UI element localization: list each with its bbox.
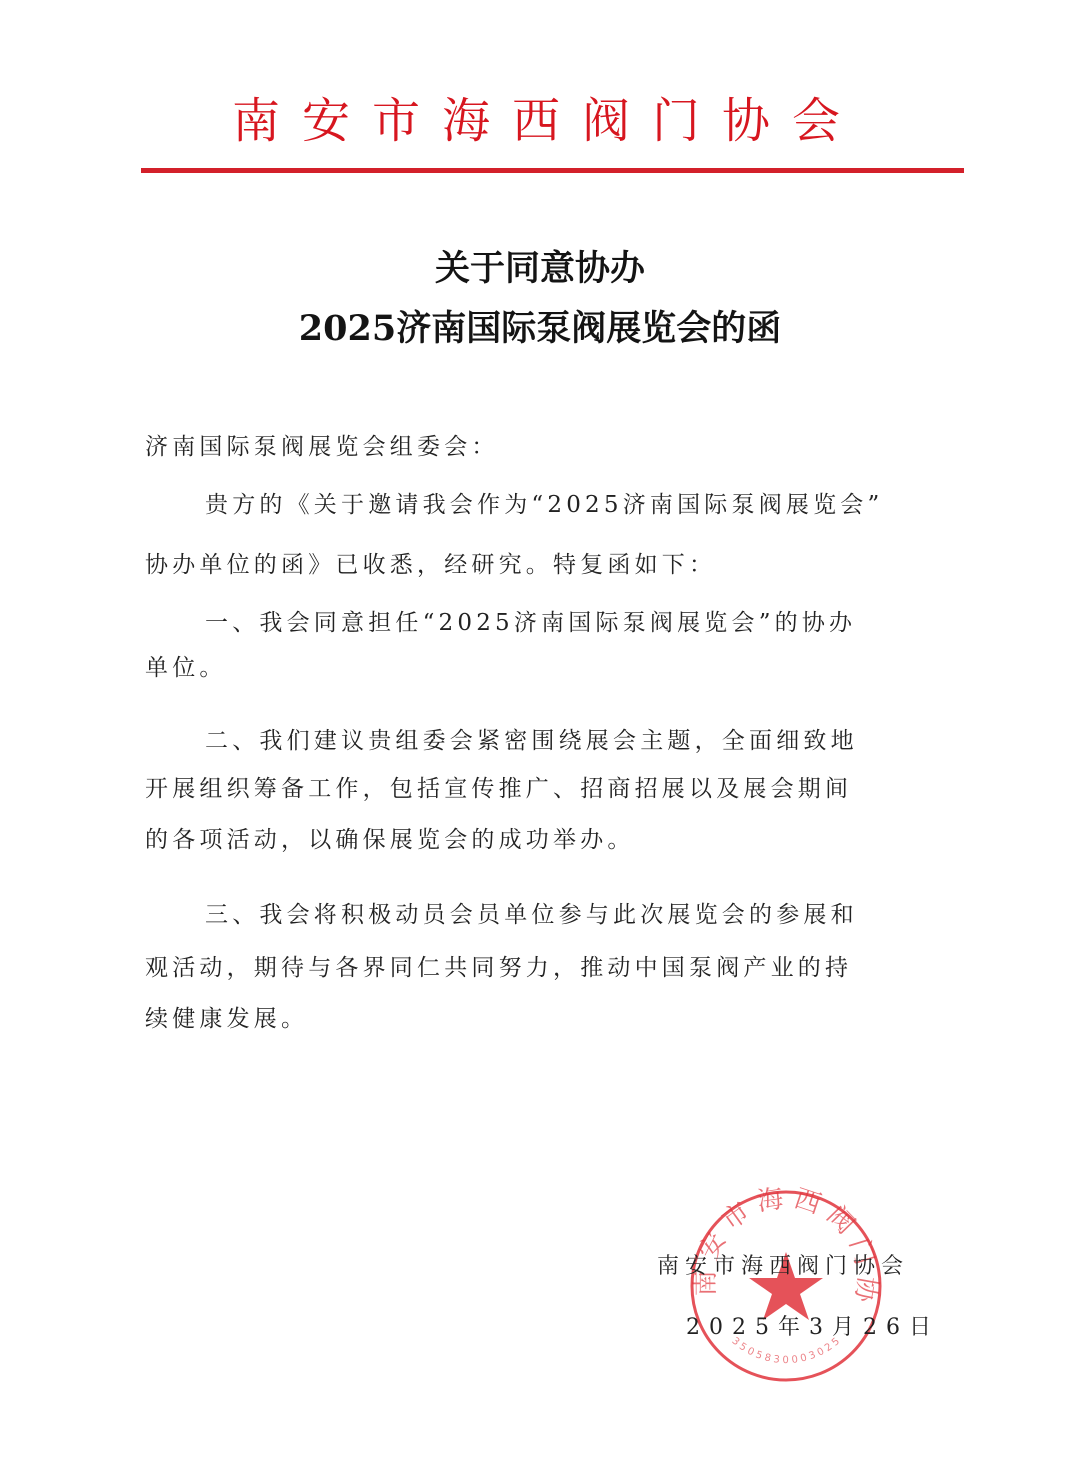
item-3-line-2: 观活动，期待与各界同仁共同努力，推动中国泵阀产业的持 (145, 951, 852, 985)
letterhead-divider (141, 168, 964, 173)
salutation: 济南国际泵阀展览会组委会： (145, 430, 499, 464)
item-2-line-3: 的各项活动，以确保展览会的成功举办。 (145, 823, 635, 857)
item-3-line-3: 续健康发展。 (145, 1002, 308, 1036)
official-seal: 南安市海西阀门协会 3505830003025 (686, 1186, 886, 1386)
item-1-line-2: 单位。 (145, 651, 227, 685)
paragraph-1-line-1: 贵方的《关于邀请我会作为“2025济南国际泵阀展览会” (205, 488, 883, 522)
item-2-line-1: 二、我们建议贵组委会紧密围绕展会主题，全面细致地 (205, 724, 858, 758)
document-title-line2: 2025济南国际泵阀展览会的函 (0, 304, 1080, 354)
document-title-line1: 关于同意协办 (0, 244, 1080, 294)
letterhead-title: 南安市海西阀门协会 (0, 86, 1080, 156)
item-1-line-1: 一、我会同意担任“2025济南国际泵阀展览会”的协办 (205, 606, 856, 640)
signature-organization: 南安市海西阀门协会 (657, 1249, 909, 1280)
signature-date: 2025年3月26日 (686, 1310, 940, 1341)
item-2-line-2: 开展组织筹备工作，包括宣传推广、招商招展以及展会期间 (145, 772, 852, 806)
item-3-line-1: 三、我会将积极动员会员单位参与此次展览会的参展和 (205, 898, 858, 932)
paragraph-1-line-2: 协办单位的函》已收悉，经研究。特复函如下： (145, 548, 716, 582)
